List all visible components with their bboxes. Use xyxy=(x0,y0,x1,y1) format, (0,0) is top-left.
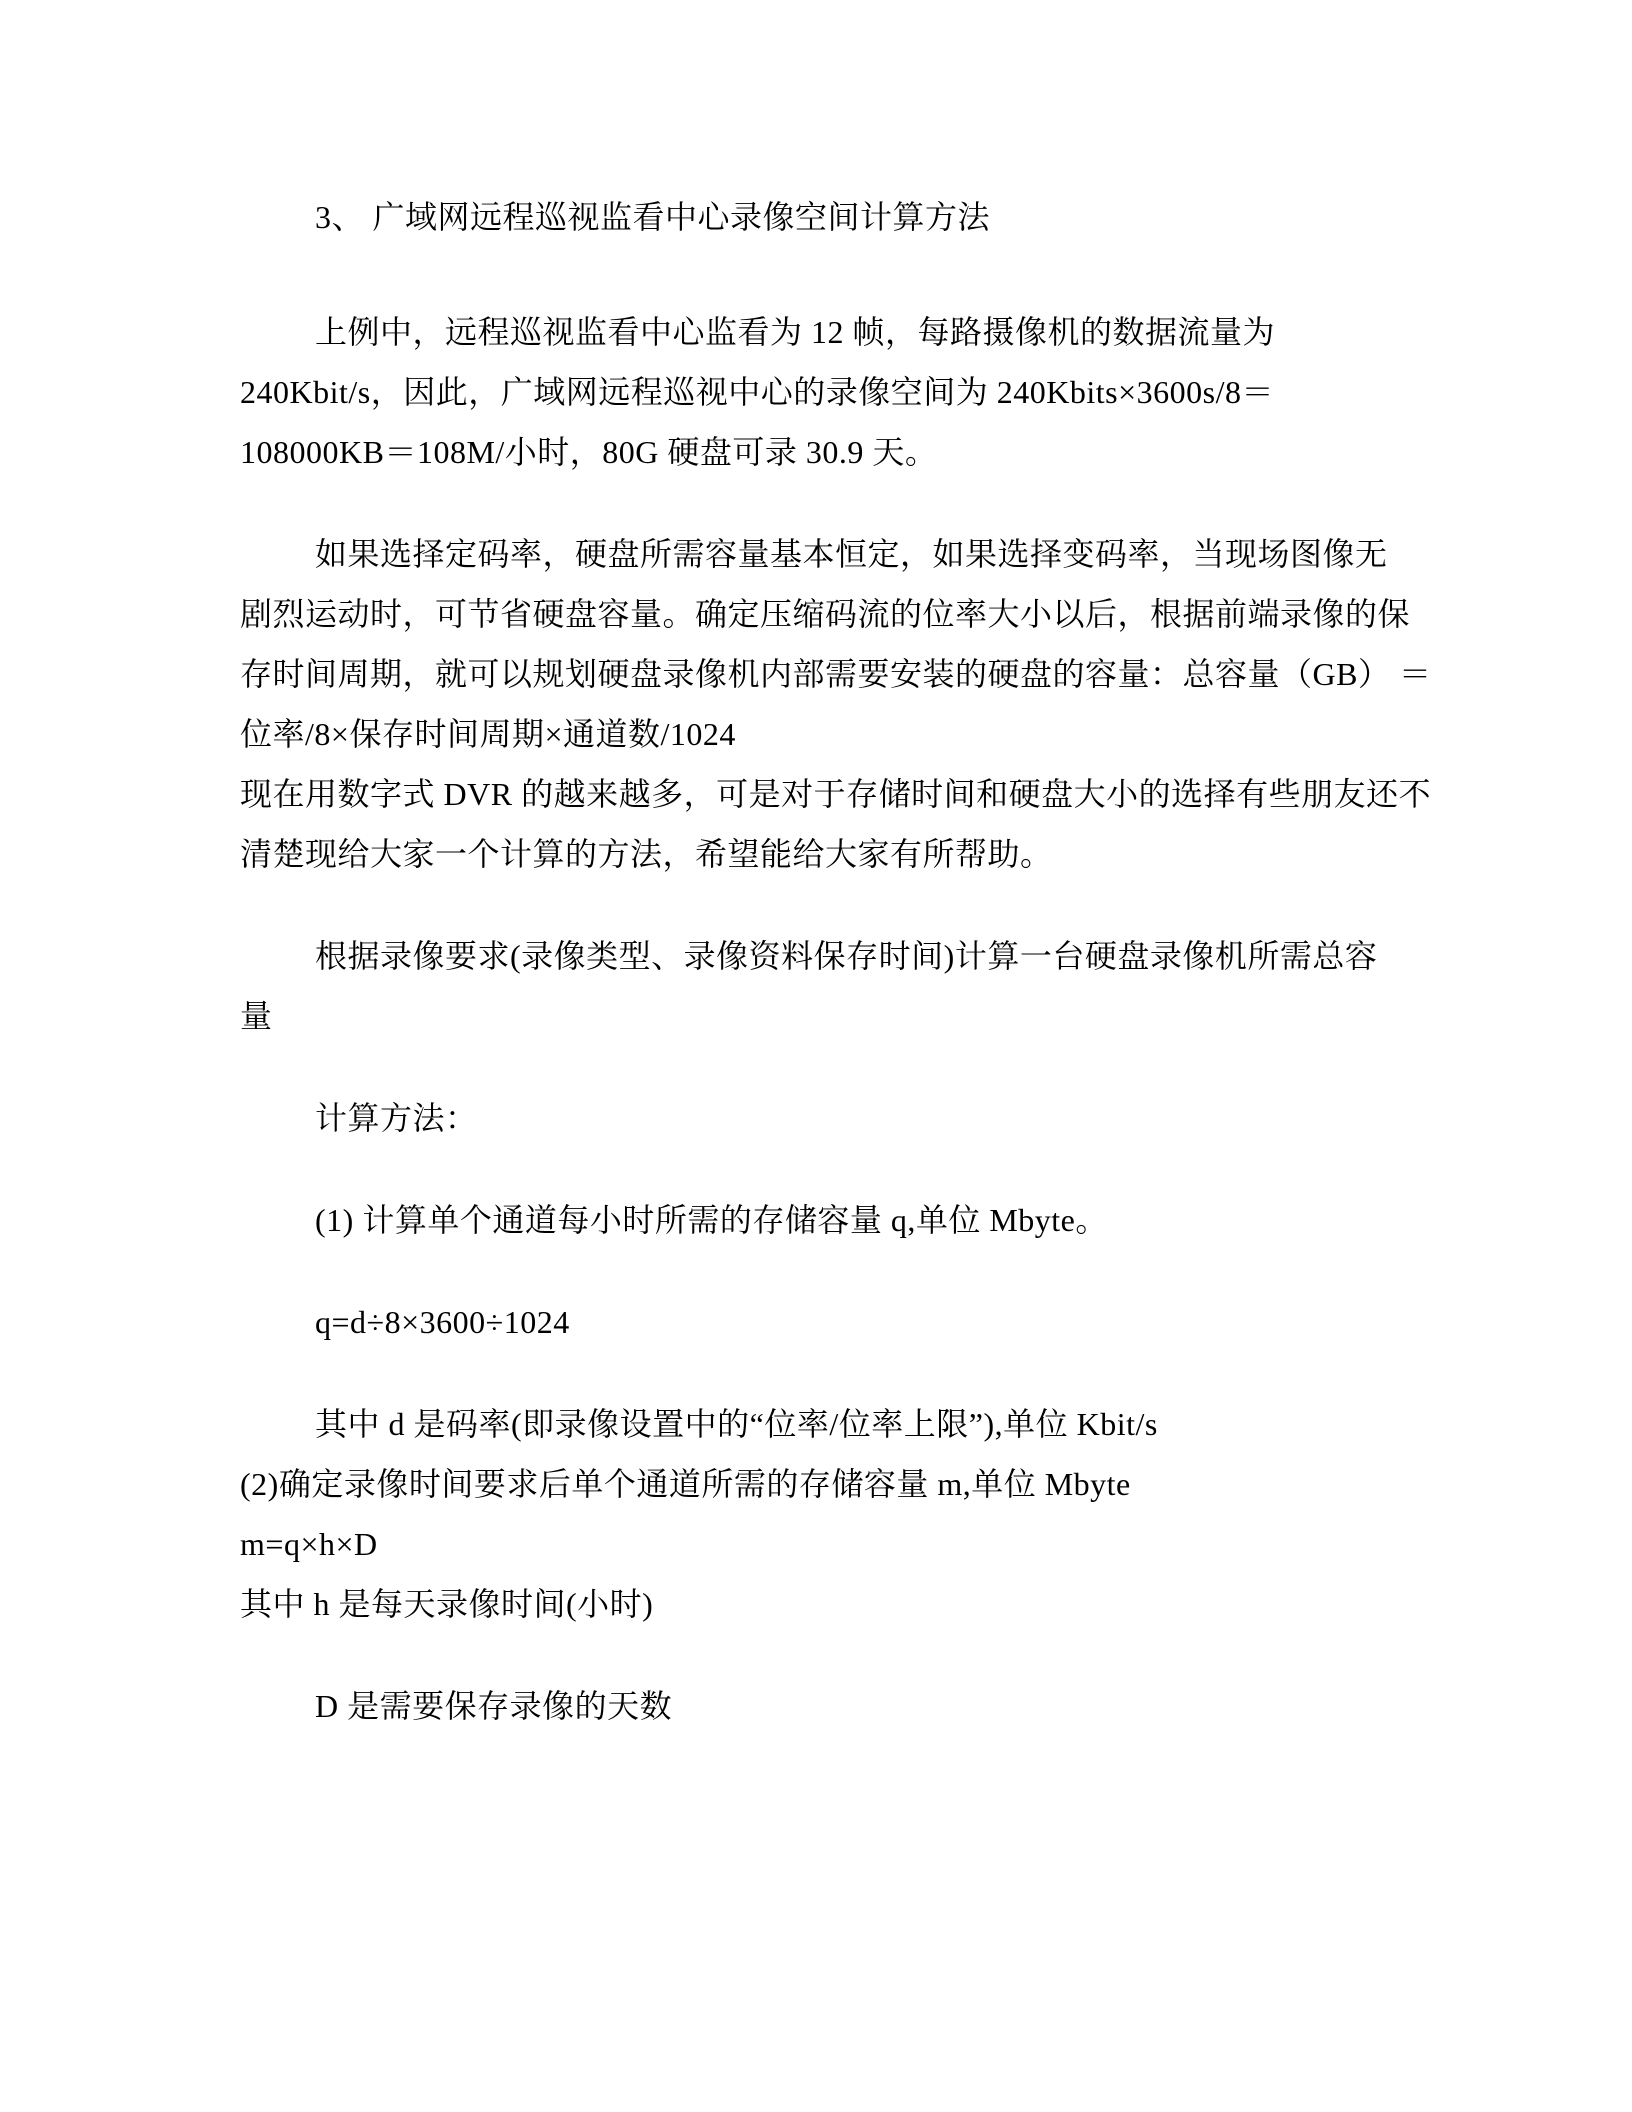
paragraph: 根据录像要求(录像类型、录像资料保存时间)计算一台硬盘录像机所需总容 量 xyxy=(240,926,1452,1046)
text-line: 量 xyxy=(240,986,1452,1046)
text-line: (2)确定录像时间要求后单个通道所需的存储容量 m,单位 Mbyte xyxy=(240,1454,1452,1514)
text-line: 其中 h 是每天录像时间(小时) xyxy=(240,1574,1452,1634)
text-line: 位率/8×保存时间周期×通道数/1024 xyxy=(240,704,1452,764)
text-line: 如果选择定码率，硬盘所需容量基本恒定，如果选择变码率，当现场图像无 xyxy=(240,524,1452,584)
text-line: D 是需要保存录像的天数 xyxy=(240,1676,1452,1736)
text-line: 其中 d 是码率(即录像设置中的“位率/位率上限”),单位 Kbit/s xyxy=(240,1394,1452,1454)
section-heading: 3、 广域网远程巡视监看中心录像空间计算方法 xyxy=(240,187,1452,247)
text-line: (1) 计算单个通道每小时所需的存储容量 q,单位 Mbyte。 xyxy=(240,1190,1452,1250)
text-line: 上例中，远程巡视监看中心监看为 12 帧，每路摄像机的数据流量为 xyxy=(240,302,1452,362)
formula-line-q: q=d÷8×3600÷1024 xyxy=(240,1292,1452,1352)
text-line: 存时间周期，就可以规划硬盘录像机内部需要安装的硬盘的容量：总容量（GB） ＝ xyxy=(240,644,1452,704)
section-heading-paragraph: 3、 广域网远程巡视监看中心录像空间计算方法 xyxy=(240,187,1452,247)
text-line: 清楚现给大家一个计算的方法，希望能给大家有所帮助。 xyxy=(240,824,1452,884)
text-line: 现在用数字式 DVR 的越来越多，可是对于存储时间和硬盘大小的选择有些朋友还不 xyxy=(240,764,1452,824)
paragraph: 上例中，远程巡视监看中心监看为 12 帧，每路摄像机的数据流量为 240Kbit… xyxy=(240,302,1452,482)
text-line: 计算方法： xyxy=(240,1088,1452,1148)
paragraph: D 是需要保存录像的天数 xyxy=(240,1676,1452,1736)
paragraph: 计算方法： xyxy=(240,1088,1452,1148)
text-line: q=d÷8×3600÷1024 xyxy=(240,1292,1452,1352)
text-line: 根据录像要求(录像类型、录像资料保存时间)计算一台硬盘录像机所需总容 xyxy=(240,926,1452,986)
text-line: 108000KB＝108M/小时，80G 硬盘可录 30.9 天。 xyxy=(240,422,1452,482)
paragraph: 其中 d 是码率(即录像设置中的“位率/位率上限”),单位 Kbit/s (2)… xyxy=(240,1394,1452,1634)
text-line: 240Kbit/s，因此，广域网远程巡视中心的录像空间为 240Kbits×36… xyxy=(240,362,1452,422)
paragraph: (1) 计算单个通道每小时所需的存储容量 q,单位 Mbyte。 xyxy=(240,1190,1452,1250)
formula-line-m: m=q×h×D xyxy=(240,1514,1452,1574)
text-line: 剧烈运动时，可节省硬盘容量。确定压缩码流的位率大小以后，根据前端录像的保 xyxy=(240,584,1452,644)
paragraph: 如果选择定码率，硬盘所需容量基本恒定，如果选择变码率，当现场图像无 剧烈运动时，… xyxy=(240,524,1452,884)
document-page: 3、 广域网远程巡视监看中心录像空间计算方法 上例中，远程巡视监看中心监看为 1… xyxy=(0,0,1632,2112)
